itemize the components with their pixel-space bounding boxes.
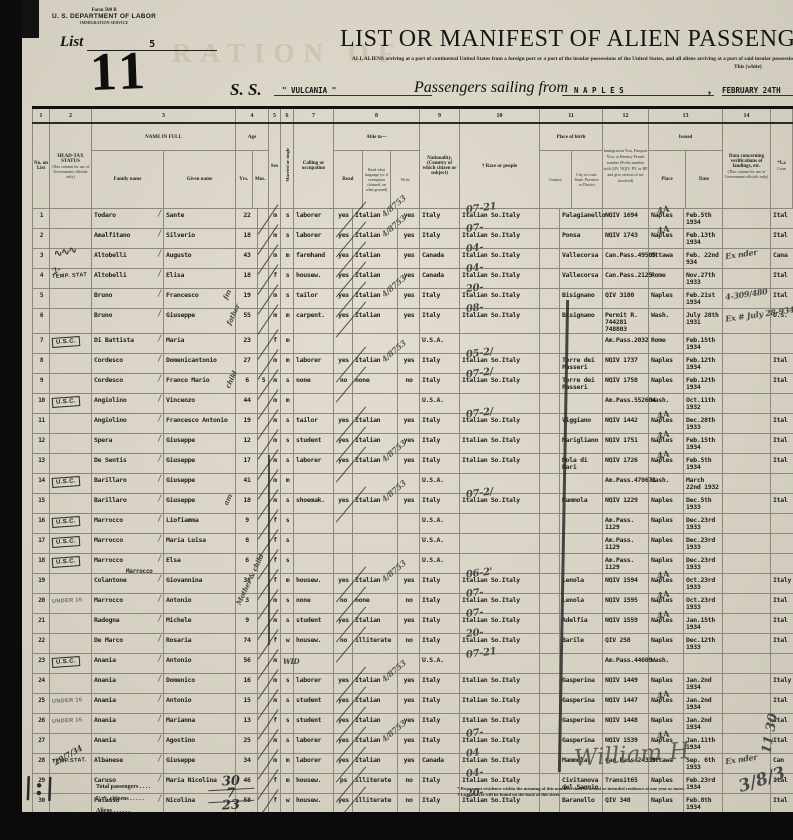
cell-occ: laborer <box>294 674 334 694</box>
cell-given: Marianna <box>164 714 236 734</box>
cell-mar: w <box>281 794 294 813</box>
cell-given: Liofiamma <box>164 514 236 534</box>
table-row: 12Spera∕Giuseppe12msstudentyesItalianyes… <box>33 434 793 454</box>
cell-visa: Am.Pass.44609 <box>603 654 649 674</box>
cell-occ: laborer <box>294 754 334 774</box>
cell-visa: Am.Pass.470671 <box>603 474 649 494</box>
cell-mar: s <box>281 414 294 434</box>
col-header-nationality: Nationality, (Country of which citizen o… <box>420 123 460 209</box>
cell-bcountry <box>540 614 560 634</box>
cell-mos <box>258 694 269 714</box>
cell-yrs: 16 <box>236 674 258 694</box>
cell-no: 7 <box>33 334 50 354</box>
table-row: 19Colantone∕MarroccoGiovanninaMother & c… <box>33 574 793 594</box>
cell-birth: Ponsa <box>560 229 603 249</box>
cell-date: Jan.2nd 1934 <box>684 714 723 734</box>
cell-write: yes <box>398 229 420 249</box>
cell-nat: Italy <box>420 714 460 734</box>
cell-read: no <box>334 634 353 654</box>
cell-date: Feb.5th 1934 <box>684 209 723 229</box>
cell-stamp <box>50 634 92 654</box>
cell-sex: f <box>269 534 281 554</box>
cell-stamp: U.S.C. <box>50 654 92 674</box>
cell-race <box>460 534 540 554</box>
cell-occ: housew. <box>294 794 334 813</box>
title-subtext-2: This (white) <box>734 64 762 70</box>
cell-given: GiovanninaMother & child <box>164 574 236 594</box>
cell-no: 18 <box>33 554 50 574</box>
cell-write: no <box>398 774 420 794</box>
cell-verif <box>723 594 771 614</box>
cell-family: Cordesco∕ <box>92 374 164 394</box>
table-row: 11Angiolino∕Francesco Antonio19mstailory… <box>33 414 793 434</box>
cell-nat: Italy <box>420 454 460 474</box>
cell-last <box>771 514 793 534</box>
cell-no: 14 <box>33 474 50 494</box>
col-num: 13 <box>649 108 723 124</box>
footnotes: * Permanent residence within the meaning… <box>457 786 787 798</box>
cell-place: Naples4A <box>649 614 684 634</box>
cell-read <box>334 394 353 414</box>
cell-no: 1 <box>33 209 50 229</box>
col-header-verif: Data concerning verifications of landing… <box>723 123 771 209</box>
cell-lang <box>353 394 398 414</box>
cell-race: Italian So.Italy <box>460 434 540 454</box>
cell-race: Italian So.Italy20- <box>460 289 540 309</box>
cell-date: Dec.23rd 1933 <box>684 554 723 574</box>
cell-nat: U.S.A. <box>420 534 460 554</box>
cell-read <box>334 654 353 674</box>
cell-sex: f <box>269 774 281 794</box>
cell-family: Radogna∕ <box>92 614 164 634</box>
cell-date: July 28th 1931 <box>684 309 723 334</box>
cell-lang <box>353 554 398 574</box>
cell-nat: Italy <box>420 614 460 634</box>
cell-yrs: 25 <box>236 734 258 754</box>
cell-race: Italian So.Italy07- <box>460 614 540 634</box>
cell-verif <box>723 634 771 654</box>
cell-sex: m <box>269 394 281 414</box>
cell-write: no <box>398 634 420 654</box>
cell-occ: laborer <box>294 734 334 754</box>
cell-sex: m <box>269 434 281 454</box>
cell-write <box>398 334 420 354</box>
cell-mos <box>258 289 269 309</box>
cell-last: Ital <box>771 209 793 229</box>
cell-family: Angiolino∕ <box>92 414 164 434</box>
cell-yrs: 19 <box>236 289 258 309</box>
cell-no: 3 <box>33 249 50 269</box>
cell-occ: housew. <box>294 634 334 654</box>
cell-mos <box>258 249 269 269</box>
cell-visa: NQIV 1751 <box>603 434 649 454</box>
cell-occ: housew. <box>294 774 334 794</box>
list-label: List <box>60 34 83 50</box>
cell-place: Naples <box>649 374 684 394</box>
cell-stamp <box>50 454 92 474</box>
cell-no: 4 <box>33 269 50 289</box>
cell-nat: Italy <box>420 354 460 374</box>
cell-nat: Italy <box>420 634 460 654</box>
cell-sex: m <box>269 594 281 614</box>
cell-mos <box>258 614 269 634</box>
cell-last: Ital <box>771 229 793 249</box>
cell-given: Sante <box>164 209 236 229</box>
cell-sex: m <box>269 289 281 309</box>
cell-visa: NQIV 1594 <box>603 574 649 594</box>
departure-port: N A P L E S <box>562 86 714 96</box>
cell-last <box>771 394 793 414</box>
cell-write: yes <box>398 694 420 714</box>
aliens-value: 23 <box>208 797 255 812</box>
cell-occ: laborer <box>294 209 334 229</box>
cell-occ: shoemak. <box>294 494 334 514</box>
cell-write: yes <box>398 209 420 229</box>
cell-last <box>771 554 793 574</box>
cell-no: 28 <box>33 754 50 774</box>
cell-race: 07-21 <box>460 654 540 674</box>
column-label-row: No. on List HEAD-TAX STATUS (This column… <box>33 123 793 209</box>
cell-race: Italian So.Italy07-21 <box>460 209 540 229</box>
cell-read: yes <box>334 414 353 434</box>
title-subtext: ALL ALIENS arriving at a port of contine… <box>352 56 793 62</box>
cell-stamp: U.S.C. <box>50 554 92 574</box>
cell-write: yes <box>398 494 420 514</box>
cell-last: Ital <box>771 269 793 289</box>
cell-given: Domenicantonio <box>164 354 236 374</box>
cell-yrs: 15 <box>236 694 258 714</box>
cell-occ: student <box>294 434 334 454</box>
cell-mar: s <box>281 594 294 614</box>
cell-bcountry <box>540 309 560 334</box>
cell-bcountry <box>540 534 560 554</box>
manifest-scan: { "header": { "form_number": "Form 500 B… <box>0 0 793 840</box>
cell-nat: U.S.A. <box>420 654 460 674</box>
cell-given: Antonio <box>164 654 236 674</box>
cell-bcountry <box>540 374 560 394</box>
cell-visa: Can.Pass.49505 <box>603 249 649 269</box>
cell-mos <box>258 634 269 654</box>
cell-bcountry <box>540 634 560 654</box>
cell-read <box>334 554 353 574</box>
table-row: 1Todaro∕Sante22mslaboreryesItalian4/8753… <box>33 209 793 229</box>
cell-bcountry <box>540 734 560 754</box>
cell-write: yes <box>398 269 420 289</box>
cell-bcountry <box>540 454 560 474</box>
cell-stamp <box>50 209 92 229</box>
cell-sex: f <box>269 554 281 574</box>
cell-lang: Italian <box>353 269 398 289</box>
cell-family: Albanese∕ <box>92 754 164 774</box>
cell-family: Anania∕ <box>92 654 164 674</box>
table-row: 10U.S.C.Angiolino∕Vincenzo44mmU.S.A.Am.P… <box>33 394 793 414</box>
department-name: U. S. DEPARTMENT OF LABOR <box>52 13 156 20</box>
cell-nat: U.S.A. <box>420 394 460 414</box>
cell-family: De Marco∕ <box>92 634 164 654</box>
cell-read: yes <box>334 574 353 594</box>
cell-mar: w <box>281 634 294 654</box>
cell-visa: Am.Pass.552604 <box>603 394 649 414</box>
cell-last: Ital <box>771 414 793 434</box>
cell-date: Oct.23rd 1933 <box>684 594 723 614</box>
table-row: 21Radogna∕Michele9msstudentyesItalianyes… <box>33 614 793 634</box>
cell-sex: f <box>269 714 281 734</box>
cell-visa: NQIV 1726 <box>603 454 649 474</box>
cell-stamp <box>50 414 92 434</box>
cell-verif <box>723 494 771 514</box>
cell-write <box>398 474 420 494</box>
cell-yrs: 43 <box>236 249 258 269</box>
cell-visa: NQIV 1448 <box>603 714 649 734</box>
aliens-label: Aliens . . . . . . <box>96 808 208 812</box>
cell-bcountry <box>540 414 560 434</box>
cell-bcountry <box>540 514 560 534</box>
cell-bcountry <box>540 554 560 574</box>
cell-place: Naples4A <box>649 209 684 229</box>
cell-no: 21 <box>33 614 50 634</box>
cell-bcountry <box>540 714 560 734</box>
cell-yrs: 19 <box>236 414 258 434</box>
cell-nat: Canada <box>420 269 460 289</box>
headtax-stamp: U.S.C. <box>52 516 81 528</box>
col-num: 9 <box>420 108 460 124</box>
cell-bcountry <box>540 289 560 309</box>
cell-place: Wash. <box>649 394 684 414</box>
table-row: 16U.S.C.Marrocco∕Liofiamma9fsU.S.A.Am.Pa… <box>33 514 793 534</box>
cell-family: Di Battista∕ <box>92 334 164 354</box>
cell-occ: housew. <box>294 269 334 289</box>
cell-write: yes <box>398 309 420 334</box>
cell-race: Italian So.Italy <box>460 694 540 714</box>
cell-no: 12 <box>33 434 50 454</box>
cell-yrs: 6 <box>236 374 258 394</box>
cell-no: 20 <box>33 594 50 614</box>
cell-yrs: 12 <box>236 434 258 454</box>
cell-mos <box>258 474 269 494</box>
cell-bcountry <box>540 209 560 229</box>
cell-nat: Italy <box>420 794 460 813</box>
table-row: 9Cordesco∕Franco Mariochild65msnonenonon… <box>33 374 793 394</box>
cell-birth: Mola di Bari <box>560 454 603 474</box>
cell-lang: Italian4/8753 <box>353 229 398 249</box>
cell-verif <box>723 694 771 714</box>
cell-given: Giuseppeam <box>164 494 236 514</box>
cell-race <box>460 474 540 494</box>
cell-race: Italian So.Italy07- <box>460 594 540 614</box>
cell-mar: WID <box>281 654 294 674</box>
cell-yrs: 74 <box>236 634 258 654</box>
cell-given: Michele <box>164 614 236 634</box>
cell-family: Colantone∕Marrocco <box>92 574 164 594</box>
cell-last: Ital <box>771 614 793 634</box>
cell-given: Francesco Antonio <box>164 414 236 434</box>
cell-nat: Italy <box>420 374 460 394</box>
cell-bcountry <box>540 494 560 514</box>
cell-visa: NQIV 1229 <box>603 494 649 514</box>
cell-stamp: UNDER 16 <box>50 694 92 714</box>
cell-race: Italian So.Italy07-2/ <box>460 494 540 514</box>
film-edge-corner <box>22 0 39 38</box>
cell-race: Italian So.Italy07- <box>460 229 540 249</box>
cell-last <box>771 654 793 674</box>
cell-sex: m <box>269 309 281 334</box>
cell-bcountry <box>540 574 560 594</box>
cell-date: Dec.12th 1933 <box>684 634 723 654</box>
cell-nat: Italy <box>420 209 460 229</box>
col-header-last-residence: *La Coun <box>771 123 793 209</box>
cell-read: ps <box>334 774 353 794</box>
cell-lang: illiterate <box>353 794 398 813</box>
cell-sex: m <box>269 674 281 694</box>
col-header-sex: Sex <box>269 123 281 209</box>
cell-family: Anania∕ <box>92 694 164 714</box>
cell-lang: Italian <box>353 714 398 734</box>
cell-verif <box>723 554 771 574</box>
cell-stamp <box>50 374 92 394</box>
cell-no: 23 <box>33 654 50 674</box>
cell-last: Ital <box>771 594 793 614</box>
cell-place: Naples <box>649 714 684 734</box>
cell-lang <box>353 334 398 354</box>
cell-sex: m <box>269 474 281 494</box>
cell-sex: m <box>269 414 281 434</box>
cell-yrs: 6 <box>236 554 258 574</box>
cell-nat: Italy <box>420 289 460 309</box>
cell-date: Feb.12th 1934 <box>684 374 723 394</box>
cell-given: Giuseppe <box>164 474 236 494</box>
cell-occ: none <box>294 374 334 394</box>
cell-yrs: 41 <box>236 474 258 494</box>
cell-place: Naples4A <box>649 454 684 474</box>
cell-stamp <box>50 574 92 594</box>
cell-lang: Italian <box>353 694 398 714</box>
cell-place: Naples <box>649 674 684 694</box>
cell-lang: illiterate <box>353 774 398 794</box>
cell-read: yes <box>334 434 353 454</box>
cell-no: 24 <box>33 674 50 694</box>
cell-family: De Sentis∕ <box>92 454 164 474</box>
cell-family: Bruno∕ <box>92 309 164 334</box>
footnote-race-list: † List of races will be found on the bac… <box>457 792 787 798</box>
cell-yrs: 17 <box>236 454 258 474</box>
cell-last: Ital <box>771 434 793 454</box>
cell-given: Giuseppe <box>164 754 236 774</box>
cell-verif <box>723 334 771 354</box>
cell-place: Naples <box>649 634 684 654</box>
cell-mos <box>258 574 269 594</box>
cell-write: yes <box>398 289 420 309</box>
cell-family: Amalfitano∕ <box>92 229 164 249</box>
cell-given: Vincenzo <box>164 394 236 414</box>
cell-mar: m <box>281 774 294 794</box>
cell-nat: Canada <box>420 249 460 269</box>
cell-bcountry <box>540 229 560 249</box>
cell-birth <box>560 534 603 554</box>
cell-nat: Italy <box>420 594 460 614</box>
cell-nat: Italy <box>420 434 460 454</box>
cell-write: yes <box>398 614 420 634</box>
cell-verif <box>723 454 771 474</box>
cell-last: Ital <box>771 454 793 474</box>
cell-write: yes <box>398 414 420 434</box>
cell-date: Feb.15th 1934 <box>684 434 723 454</box>
cell-verif <box>723 614 771 634</box>
table-row: 24Anania∕Domenico16mslaboreryesItalian4/… <box>33 674 793 694</box>
cell-race <box>460 514 540 534</box>
cell-mar: m <box>281 474 294 494</box>
cell-family: Anania∕ <box>92 674 164 694</box>
cell-bcountry <box>540 394 560 414</box>
cell-occ: housew. <box>294 574 334 594</box>
cell-sex: m <box>269 614 281 634</box>
cell-race: Italian So.Italy <box>460 714 540 734</box>
cell-verif <box>723 674 771 694</box>
cell-mos: 5 <box>258 374 269 394</box>
cell-visa: QIV 3180 <box>603 289 649 309</box>
cell-write <box>398 394 420 414</box>
cell-mar: s <box>281 289 294 309</box>
cell-yrs: 27 <box>236 354 258 374</box>
cell-visa: NQIV 1559 <box>603 614 649 634</box>
cell-visa: Am.Pass.2032 <box>603 334 649 354</box>
cell-mos <box>258 309 269 334</box>
cell-birth: Barile <box>560 634 603 654</box>
col-num: 3 <box>92 108 236 124</box>
cell-mos <box>258 594 269 614</box>
cell-write: no <box>398 374 420 394</box>
cell-stamp: TEMP.STAT.29/7/34 <box>50 754 92 774</box>
sailing-from-label: Passengers sailing from <box>414 79 568 97</box>
cell-yrs: 8 <box>236 534 258 554</box>
col-num: 1 <box>33 108 50 124</box>
cell-sex: f <box>269 634 281 654</box>
cell-place: Naples <box>649 494 684 514</box>
cell-verif <box>723 534 771 554</box>
cell-birth: Lenola <box>560 574 603 594</box>
cell-no: 9 <box>33 374 50 394</box>
cell-mar: s <box>281 734 294 754</box>
cell-lang: Italian4/8753 <box>353 454 398 474</box>
cell-race: Italian So.Italy04 <box>460 754 540 774</box>
headtax-stamp: UNDER 16 <box>52 717 83 725</box>
cell-date: Dec.23rd 1933 <box>684 534 723 554</box>
cell-sex: m <box>269 734 281 754</box>
cell-visa: NQIV 1737 <box>603 354 649 374</box>
cell-visa: NQIV 1758 <box>603 374 649 394</box>
cell-sex: f <box>269 574 281 594</box>
cell-race: Italian So.Italy07-2/ <box>460 414 540 434</box>
cell-given: Rosaria <box>164 634 236 654</box>
cell-last: Ital <box>771 694 793 714</box>
cell-last: Cana <box>771 249 793 269</box>
cell-yrs: 56 <box>236 654 258 674</box>
cell-verif <box>723 434 771 454</box>
cell-birth: Palagianello <box>560 209 603 229</box>
bureau-line: IMMIGRATION SERVICE <box>52 20 156 25</box>
cell-no: 16 <box>33 514 50 534</box>
col-num <box>771 108 793 124</box>
cell-occ: laborer <box>294 229 334 249</box>
cell-write <box>398 554 420 574</box>
cell-nat: U.S.A. <box>420 554 460 574</box>
headtax-stamp: U.S.C. <box>52 536 81 548</box>
cell-birth: Adelfia <box>560 614 603 634</box>
cell-race <box>460 394 540 414</box>
cell-write: yes <box>398 434 420 454</box>
cell-given: Elsa <box>164 554 236 574</box>
cell-occ: laborer <box>294 454 334 474</box>
cell-family: Spera∕ <box>92 434 164 454</box>
